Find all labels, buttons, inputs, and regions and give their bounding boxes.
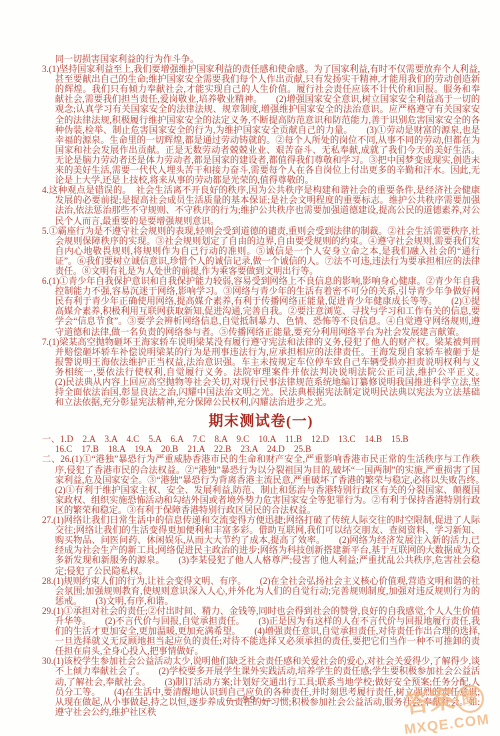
- answer-item-3: 3.(1)坚持国家利益至上,我们要增强维护国家利益的责任感和使命感。为了国家利益…: [42, 64, 480, 185]
- carryover-line: 同一切损害国家利益的行为作斗争。: [42, 54, 480, 64]
- answer-item-30: 30.(1)该校学生参加社会公益活动太少,说明他们缺乏社会责任感和关爱社会的爱心…: [42, 656, 480, 717]
- section-title: 期末测试卷(一): [42, 410, 480, 431]
- answer-item-7: 7.(1)梁某高空抛物砸坏王海家轿车说明梁某没有履行遵守宪法和法律的义务,侵犯了…: [42, 337, 480, 408]
- choice-answers-line-2: 16.C 17.B 18.A 19.A 20.B 21.A 22.B 23.A …: [55, 444, 480, 454]
- answer-key-page: { "page": { "number_label": "— 99 —" }, …: [0, 0, 500, 736]
- answer-item-27: 27.(1)网络让我们日常生活中的信息传递和交流变得方便迅捷;网络打破了传统人际…: [42, 515, 480, 576]
- answer-item-5: 5.①霸座行为是不遵守社会规则的表现,轻则会受到道德的谴责,重则会受到法律的制裁…: [42, 226, 480, 276]
- answer-item-29: 29.(1)①承担对社会的责任;②付出时间、精力、金钱等,同时也会得到社会的赞誉…: [42, 606, 480, 656]
- answers-text-block: 同一切损害国家利益的行为作斗争。 3.(1)坚持国家利益至上,我们要增强维护国家…: [42, 54, 480, 717]
- page-number: — 99 —: [0, 695, 500, 706]
- choice-answers-line-1: 一、1.D 2.A 3.A 4.C 5.A 6.A 7.C 8.A 9.C 10…: [55, 434, 480, 444]
- answer-item-26: 二、26.(1)①“港独”暴恐行为严重威胁香港市民的生命和财产安全,严重影响香港…: [42, 454, 480, 515]
- answer-item-28: 28.(1)规则约束人们的行为,让社会变得文明、有序。 (2)在全社会弘扬社会主…: [42, 576, 480, 606]
- multiple-choice-answers: 一、1.D 2.A 3.A 4.C 5.A 6.A 7.C 8.A 9.C 10…: [42, 434, 480, 454]
- answer-item-4: 4.这种观点是错误的。 社会生活离不开良好的秩序,因为公共秩序是构建和谐社会的重…: [42, 185, 480, 225]
- answer-item-6: 6.(1)①青少年自我保护意识和自我保护能力较弱,容易受到网络上不良信息的影响,…: [42, 276, 480, 337]
